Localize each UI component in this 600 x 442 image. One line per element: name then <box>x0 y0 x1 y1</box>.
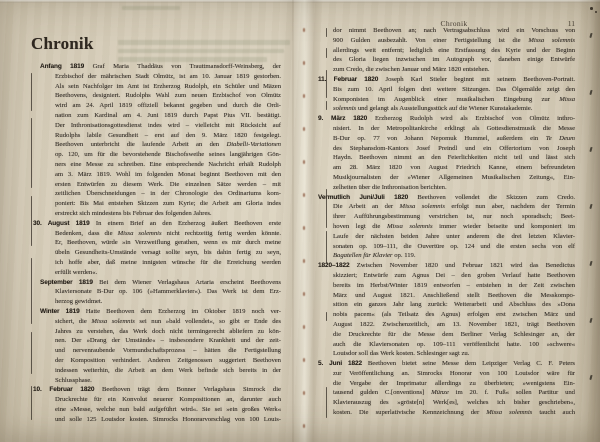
text-line: Jahres zu verstehen, das Werk doch nicht… <box>40 327 281 337</box>
text-line: Louisdor soll das Werk kosten. Schlesing… <box>318 349 575 359</box>
text-line: op. 120, um für die bevorstehende Bischo… <box>40 150 281 160</box>
text-line: zur Veröffentlichung an. Simrocks Honora… <box>318 369 575 379</box>
text-line: Er, Beethoven, würde »in Verzweiflung ge… <box>40 238 281 248</box>
chronicle-entry: 5. Juni 1822 Beethoven bietet seine Mess… <box>318 359 575 418</box>
text-line: übeln Gesundheits-Umstände versagt sollt… <box>40 248 281 258</box>
book-scan-spread: { "colors": { "paper": "#d6cdb9", "ink":… <box>0 0 600 442</box>
text-line: und nervenraubende Vormundschaftsprozess… <box>40 346 281 356</box>
margin-rule-segment <box>31 386 32 420</box>
text-line: März und August 1821. Anschließend stell… <box>318 291 575 301</box>
text-line: sichert, die Missa solemnis sei nun »bal… <box>40 317 281 327</box>
binding-stitch-dot <box>303 127 305 131</box>
margin-rule-segment <box>31 118 32 188</box>
text-line: allerdings weit entfernt; lediglich eine… <box>318 46 575 56</box>
binding-stitch-dot <box>303 259 305 263</box>
text-line: poniert: Bis Mai entstehen Skizzen zum K… <box>40 199 281 209</box>
text-line: Vermutlich Juni/Juli 1820 Beethoven voll… <box>318 193 575 203</box>
text-line: bereits im Herbst/Winter 1819 entworfen … <box>318 281 575 291</box>
text-line: Die Arbeit an der Missa solemnis erfolgt… <box>318 202 575 212</box>
chronicle-entry: 10. Februar 1820 Beethoven trägt dem Bon… <box>40 385 281 424</box>
text-line: Beethovens, designiert. Rudolphs Wahl zu… <box>40 91 281 101</box>
text-line: am 28. März 1820 von August Friedrich Ka… <box>318 163 575 173</box>
text-line: Haydn. Beethoven nimmt an den Feierlichk… <box>318 153 575 163</box>
text-line: nisiert. In der Metropolitankirche erkli… <box>318 124 575 134</box>
text-line: kosten. Die superlativische Kennzeichnun… <box>318 408 575 418</box>
text-line: Beethoven unterbricht die laufende Arbei… <box>40 140 281 150</box>
binding-stitch-dot <box>303 61 305 65</box>
binding-stitch-dot <box>303 160 305 164</box>
text-line: die Druckrechte für die Messe dem Berlin… <box>318 330 575 340</box>
chronicle-entry: September 1819 Bei dem Wiener Verlagshau… <box>40 278 281 307</box>
text-line: erstreckt sich mindestens bis Februar de… <box>40 209 281 219</box>
binding-stitch-dot <box>303 226 305 230</box>
left-text-column: Anfang 1819 Graf Maria Thaddäus von Trau… <box>40 62 281 424</box>
text-line: sonaten op. 109–111, die Ouvertüre op. 1… <box>318 242 575 252</box>
showthrough-ghost <box>118 57 267 62</box>
text-line: 30. August 1819 In einem Brief an den Er… <box>33 219 281 229</box>
text-line: Musikjournalisten der »Wiener Allgemeine… <box>318 173 575 183</box>
text-line: Anfang 1819 Graf Maria Thaddäus von Trau… <box>40 62 281 72</box>
text-line: eine »Messe, welche nun bald aufgeführt … <box>40 405 281 415</box>
chronicle-entry: 11. Februar 1820 Joseph Karl Stieler beg… <box>318 75 575 114</box>
text-line: und solle 125 Louisdor kosten. Simrocks … <box>40 415 281 425</box>
text-line: ich hoffe aber, daß meine innigsten wüns… <box>40 258 281 268</box>
text-line: wird am 24. April 1819 offiziell bekannt… <box>40 101 281 111</box>
binding-stitch-dot <box>303 424 305 428</box>
chronicle-entry: Vermutlich Juni/Juli 1820 Beethoven voll… <box>318 193 575 262</box>
scan-speck <box>590 7 593 10</box>
chapter-heading: Chronik <box>31 34 94 54</box>
binding-stitch-dot <box>303 28 305 32</box>
binding-stitch-dot <box>303 325 305 329</box>
text-line: Schlussphase. <box>40 376 281 386</box>
chronicle-entry: 9. März 1820 Erzherzog Rudolph wird als … <box>318 114 575 192</box>
text-line: Rudolphs labile Gesundheit – erst auf de… <box>40 131 281 141</box>
binding-stitch-dot <box>303 391 305 395</box>
chronicle-entry: 1820–1822 Zwischen November 1820 und Feb… <box>318 261 575 359</box>
text-line: die Vergabe der Imprimatur allerdings zu… <box>318 379 575 389</box>
text-line: Klavierauszug des »gröste[n] Werk[es], w… <box>318 398 575 408</box>
text-line: August 1822. Zwischenzeitlich, am 13. No… <box>318 320 575 330</box>
text-line: 900 Gulden ausbezahlt. Von einer Fertigs… <box>318 36 575 46</box>
text-line: auch die Klaviersonaten op. 109–111 verö… <box>318 340 575 350</box>
binding-stitch-dot <box>303 358 305 362</box>
margin-rule-segment <box>31 73 32 111</box>
binding-stitch-dot <box>303 193 305 197</box>
page-edge-shadow <box>578 0 600 442</box>
margin-rule-segment <box>31 332 32 374</box>
text-line: Bedenken, dass die Missa solemnis nicht … <box>40 229 281 239</box>
chronicle-entry: dor nimmt Beethoven an; nach Vertragsabs… <box>318 26 575 75</box>
binding-stitch-dot <box>303 292 305 296</box>
text-line: Winter 1819 Hatte Beethoven dem Erzherzo… <box>40 307 281 317</box>
text-line: sition ein ganzes Jahr lang zurück: Weit… <box>318 300 575 310</box>
text-line: tausend gulden C.[onventions] Münze im 2… <box>318 388 575 398</box>
text-line: 10. Februar 1820 Beethoven trägt dem Bon… <box>33 385 281 395</box>
showthrough-ghost <box>118 40 290 45</box>
text-line: des Gloria liegen inzwischen im Autograp… <box>318 55 575 65</box>
text-line: September 1819 Bei dem Wiener Verlagshau… <box>40 278 281 288</box>
text-line: solemnis und gelangt als Ausstellungsstü… <box>318 104 575 114</box>
text-line: Der Inthronisationsgottesdienst indes wi… <box>40 121 281 131</box>
text-line: indessen weiterhin, die Arbeit an dem We… <box>40 366 281 376</box>
text-line: Klaviersonate B-Dur op. 106 (»Hammerklav… <box>40 287 281 297</box>
text-line: 11. Februar 1820 Joseph Karl Stieler beg… <box>318 75 575 85</box>
text-line: zeitlichen Überschneidungen – in der Chr… <box>40 189 281 199</box>
chronicle-entry: Winter 1819 Hatte Beethoven dem Erzherzo… <box>40 307 281 385</box>
text-line: Bagatellen für Klavier op. 119. <box>318 251 575 261</box>
margin-rule-segment <box>31 258 32 324</box>
text-line: erfüllt werden«. <box>40 268 281 278</box>
text-line: B-Dur op. 77 von Johann Nepomuk Hummel, … <box>318 134 575 144</box>
chronicle-entry: Anfang 1819 Graf Maria Thaddäus von Trau… <box>40 62 281 219</box>
text-line: nobis pacem« (als Teilsatz des Agnus) er… <box>318 310 575 320</box>
text-line: Bis zum 10. April folgen drei weitere Si… <box>318 85 575 95</box>
text-line: nen. Der »Drang der Umstände« – insbeson… <box>40 336 281 346</box>
margin-rule-segment <box>31 196 32 246</box>
text-line: Komponisten im Augenblick einer musikali… <box>318 95 575 105</box>
text-line: ersten Entwürfen zu diesem Werk. Die ein… <box>40 180 281 190</box>
text-line: Erzbischof der mährischen Stadt Olmütz, … <box>40 72 281 82</box>
text-line: ihrer Aufführungsbestimmung verstrichen … <box>318 212 575 222</box>
chronicle-entry: 30. August 1819 In einem Brief an den Er… <box>40 219 281 278</box>
text-line: 5. Juni 1822 Beethoven bietet seine Mess… <box>318 359 575 369</box>
text-line: der Komposition verhindert. Anderen Zeit… <box>40 356 281 366</box>
right-text-column: dor nimmt Beethoven an; nach Vertragsabs… <box>318 26 575 418</box>
text-line: skizziert; Entwürfe zum Agnus Dei – den … <box>318 271 575 281</box>
text-line: herzog gewidmet. <box>40 297 281 307</box>
text-line: 1820–1822 Zwischen November 1820 und Feb… <box>318 261 575 271</box>
text-line: Druckrechte für ein Konvolut neuerer Kom… <box>40 395 281 405</box>
scan-speck <box>595 11 597 13</box>
text-line: am 3. März 1819. Wohl im folgenden Monat… <box>40 170 281 180</box>
text-line: hoven legt die Missa solemnis immer wied… <box>318 222 575 232</box>
text-line: nation zum Kardinal am 4. Juni 1819 durc… <box>40 111 281 121</box>
text-line: zelheiten über die Inthronisation berich… <box>318 183 575 193</box>
text-line: Laufe der nächsten beiden Jahre unter an… <box>318 232 575 242</box>
text-line: 9. März 1820 Erzherzog Rudolph wird als … <box>318 114 575 124</box>
showthrough-ghost <box>122 6 180 10</box>
text-line: zum Credo, die zwischen Januar und März … <box>318 65 575 75</box>
text-line: dor nimmt Beethoven an; nach Vertragsabs… <box>318 26 575 36</box>
text-line: Als sein Nachfolger im Amt ist Erzherzog… <box>40 82 281 92</box>
showthrough-ghost <box>118 49 284 54</box>
text-line: des Stephansdom-Kantors Josef Preindl un… <box>318 144 575 154</box>
binding-stitch-dot <box>303 94 305 98</box>
text-line: ners eine Messe zu schreiben. Eine entsp… <box>40 160 281 170</box>
